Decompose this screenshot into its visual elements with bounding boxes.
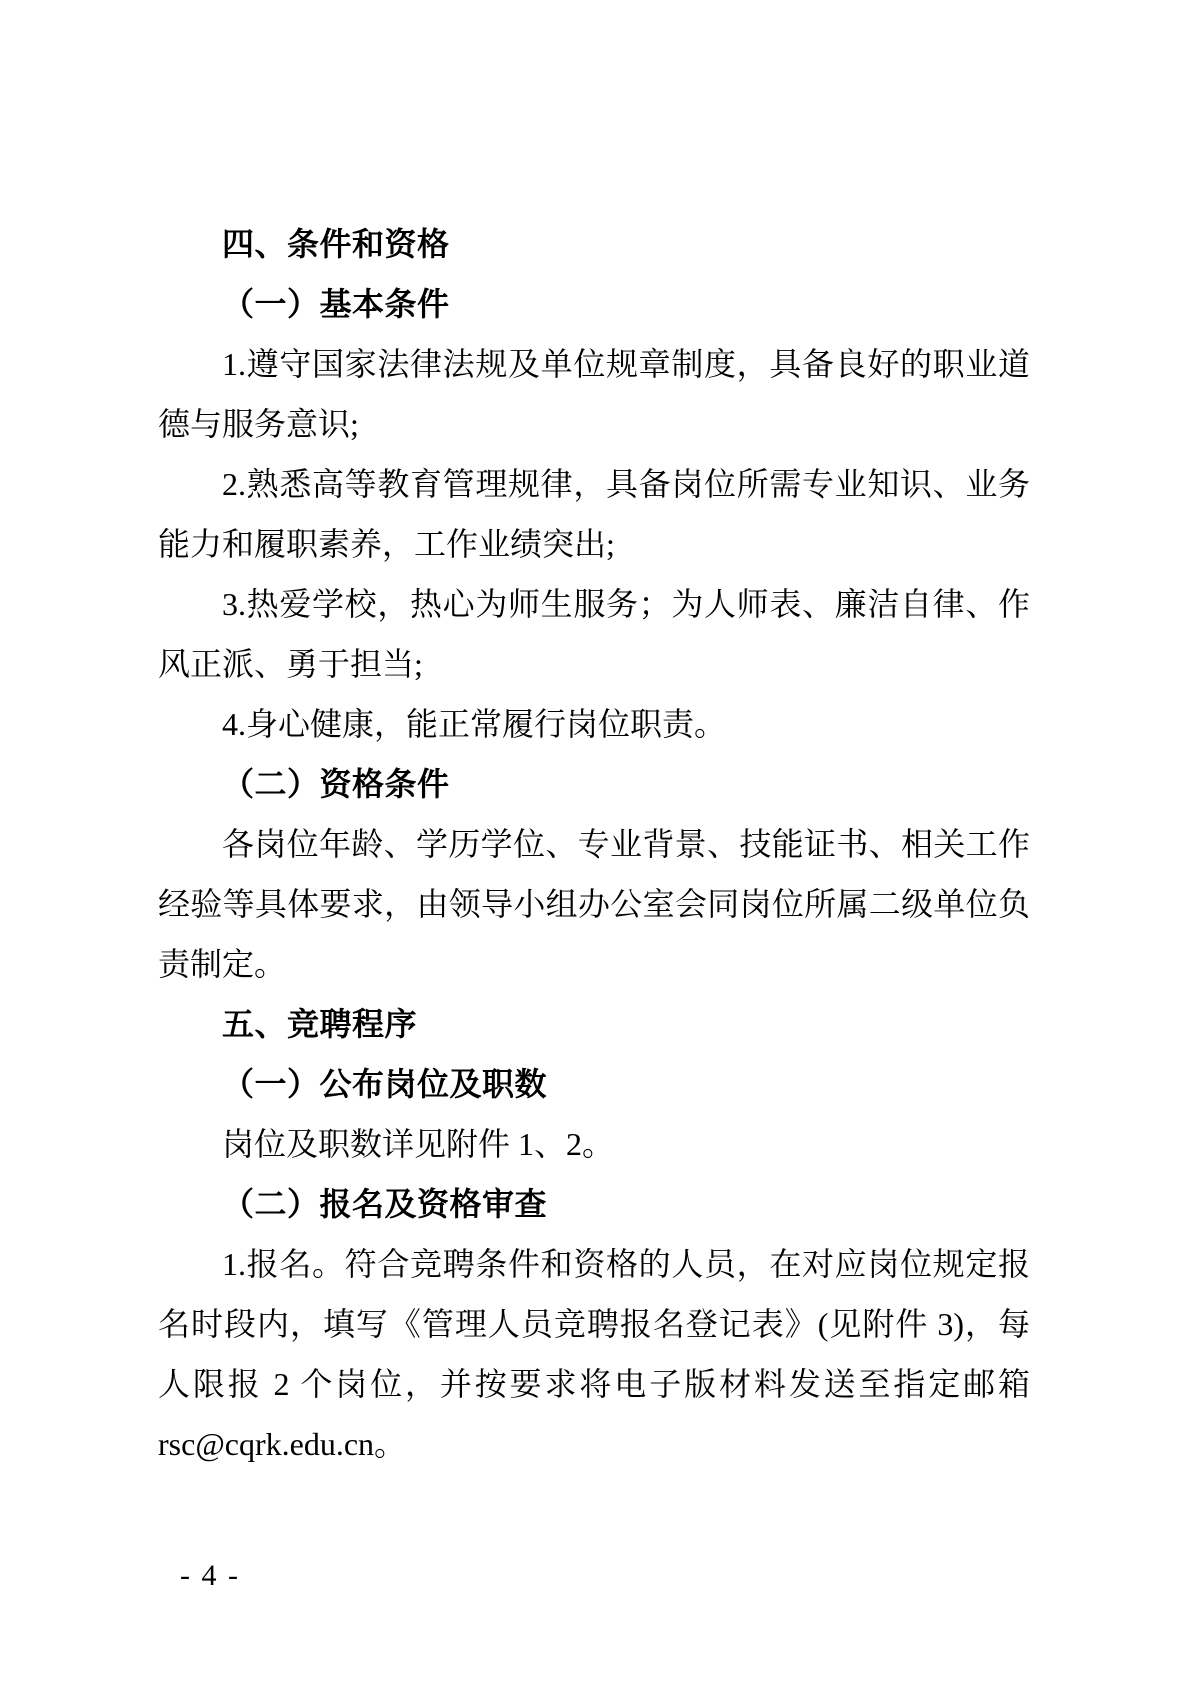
paragraph-line: 各岗位年龄、学历学位、专业背景、技能证书、相关工作 — [158, 814, 1030, 874]
page-number: - 4 - — [180, 1556, 240, 1596]
sub-heading: （一）公布岗位及职数 — [158, 1054, 1030, 1114]
sub-heading: （一）基本条件 — [158, 274, 1030, 334]
document-page: 四、条件和资格（一）基本条件1.遵守国家法律法规及单位规章制度，具备良好的职业道… — [0, 0, 1191, 1684]
paragraph-line: 1.遵守国家法律法规及单位规章制度，具备良好的职业道 — [158, 334, 1030, 394]
section-heading: 五、竞聘程序 — [158, 994, 1030, 1054]
paragraph-line: 责制定。 — [158, 934, 1030, 994]
paragraph-line: rsc@cqrk.edu.cn。 — [158, 1414, 1030, 1474]
paragraph-line: 名时段内，填写《管理人员竞聘报名登记表》(见附件 3)，每 — [158, 1294, 1030, 1354]
document-body: 四、条件和资格（一）基本条件1.遵守国家法律法规及单位规章制度，具备良好的职业道… — [158, 214, 1030, 1474]
paragraph-line: 经验等具体要求，由领导小组办公室会同岗位所属二级单位负 — [158, 874, 1030, 934]
paragraph-line: 1.报名。符合竞聘条件和资格的人员，在对应岗位规定报 — [158, 1234, 1030, 1294]
paragraph-line: 人限报 2 个岗位，并按要求将电子版材料发送至指定邮箱 — [158, 1354, 1030, 1414]
sub-heading: （二）资格条件 — [158, 754, 1030, 814]
paragraph-line: 德与服务意识; — [158, 394, 1030, 454]
paragraph-line: 4.身心健康，能正常履行岗位职责。 — [158, 694, 1030, 754]
section-heading: 四、条件和资格 — [158, 214, 1030, 274]
paragraph-line: 风正派、勇于担当; — [158, 634, 1030, 694]
paragraph-line: 3.热爱学校，热心为师生服务；为人师表、廉洁自律、作 — [158, 574, 1030, 634]
paragraph-line: 岗位及职数详见附件 1、2。 — [158, 1114, 1030, 1174]
sub-heading: （二）报名及资格审查 — [158, 1174, 1030, 1234]
paragraph-line: 2.熟悉高等教育管理规律，具备岗位所需专业知识、业务 — [158, 454, 1030, 514]
paragraph-line: 能力和履职素养，工作业绩突出; — [158, 514, 1030, 574]
